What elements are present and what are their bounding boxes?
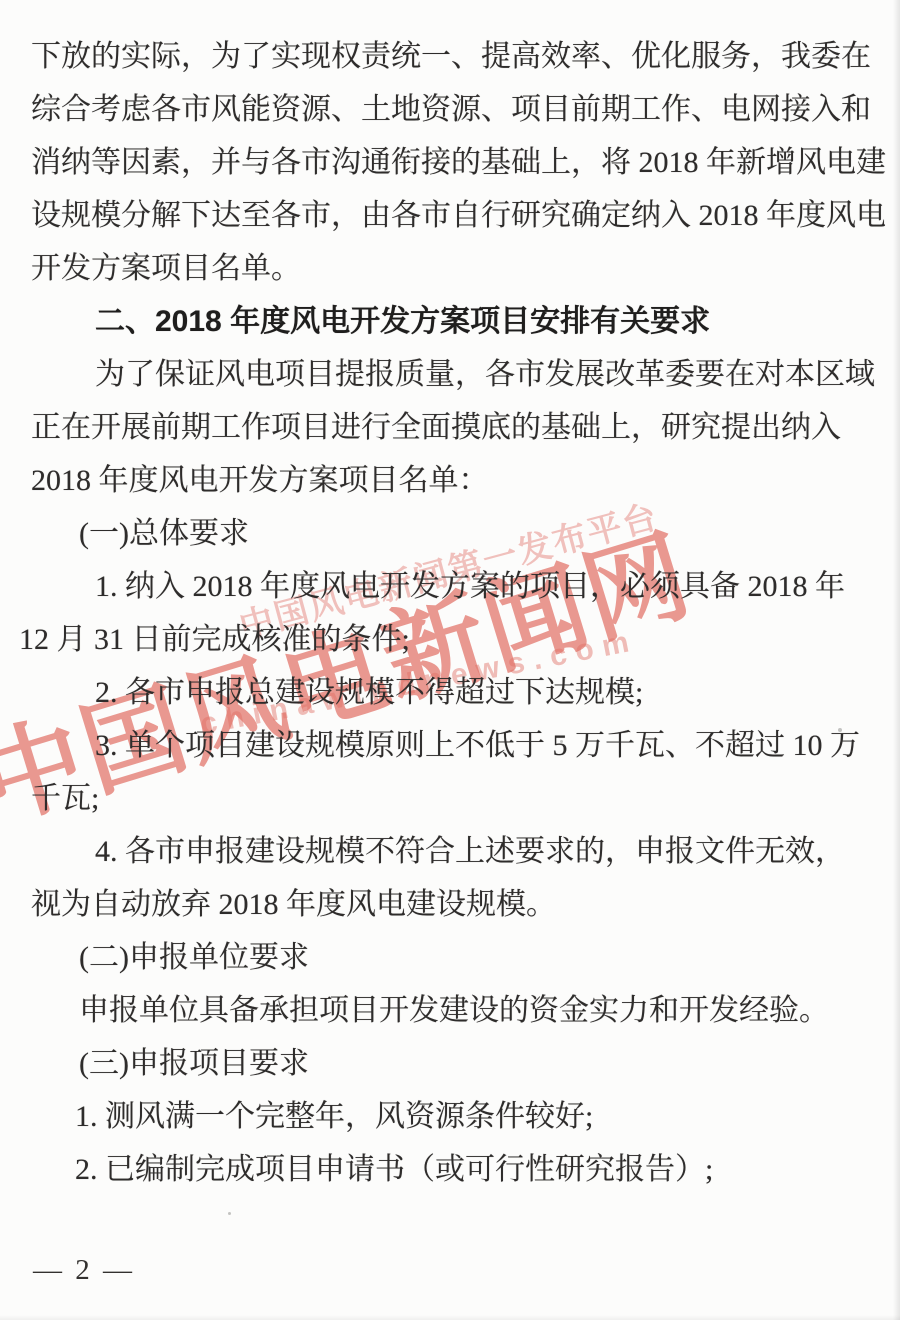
document-text: 下放的实际，为了实现权责统一、提高效率、优化服务，我委在 综合考虑各市风能资源、…: [0, 0, 900, 1320]
body-line: 综合考虑各市风能资源、土地资源、项目前期工作、电网接入和: [31, 83, 900, 136]
body-line: 2018 年度风电开发方案项目名单：: [31, 454, 900, 507]
subsection-heading: (三)申报项目要求: [79, 1037, 900, 1090]
section-heading: 二、2018 年度风电开发方案项目安排有关要求: [95, 295, 900, 348]
list-item: 2. 已编制完成项目申请书（或可行性研究报告）;: [75, 1143, 900, 1196]
subsection-heading: (一)总体要求: [79, 507, 900, 560]
list-item: 4. 各市申报建设规模不符合上述要求的，申报文件无效，: [95, 825, 900, 878]
scan-edge-shadow: [893, 0, 900, 1320]
scan-edge-shadow-bottom: [0, 1315, 900, 1320]
list-item: 1. 纳入 2018 年度风电开发方案的项目，必须具备 2018 年: [95, 560, 900, 613]
subsection-heading: (二)申报单位要求: [79, 931, 900, 984]
body-line: 下放的实际，为了实现权责统一、提高效率、优化服务，我委在: [31, 30, 900, 83]
list-item: 1. 测风满一个完整年，风资源条件较好;: [75, 1090, 900, 1143]
list-item: 2. 各市申报总建设规模不得超过下达规模;: [95, 666, 900, 719]
document-page: 中国风电新闻第一发布平台 中国风电新闻网 chinawindnews.com 下…: [0, 0, 900, 1320]
body-line: 设规模分解下达至各市，由各市自行研究确定纳入 2018 年度风电: [31, 189, 900, 242]
body-line: 开发方案项目名单。: [31, 242, 900, 295]
body-line: 正在开展前期工作项目进行全面摸底的基础上，研究提出纳入: [31, 401, 900, 454]
page-number: — 2 —: [33, 1250, 135, 1290]
body-line: 千瓦;: [31, 772, 900, 825]
scan-speck: [560, 740, 563, 743]
list-item: 3. 单个项目建设规模原则上不低于 5 万千瓦、不超过 10 万: [95, 719, 900, 772]
body-line: 视为自动放弃 2018 年度风电建设规模。: [31, 878, 900, 931]
body-line: 12 月 31 日前完成核准的条件;: [19, 613, 900, 666]
body-line: 申报单位具备承担项目开发建设的资金实力和开发经验。: [79, 984, 900, 1037]
body-line: 消纳等因素，并与各市沟通衔接的基础上，将 2018 年新增风电建: [31, 136, 900, 189]
scan-speck: [228, 1212, 231, 1215]
scan-speck: [838, 728, 842, 732]
body-line: 为了保证风电项目提报质量，各市发展改革委要在对本区域: [95, 348, 900, 401]
